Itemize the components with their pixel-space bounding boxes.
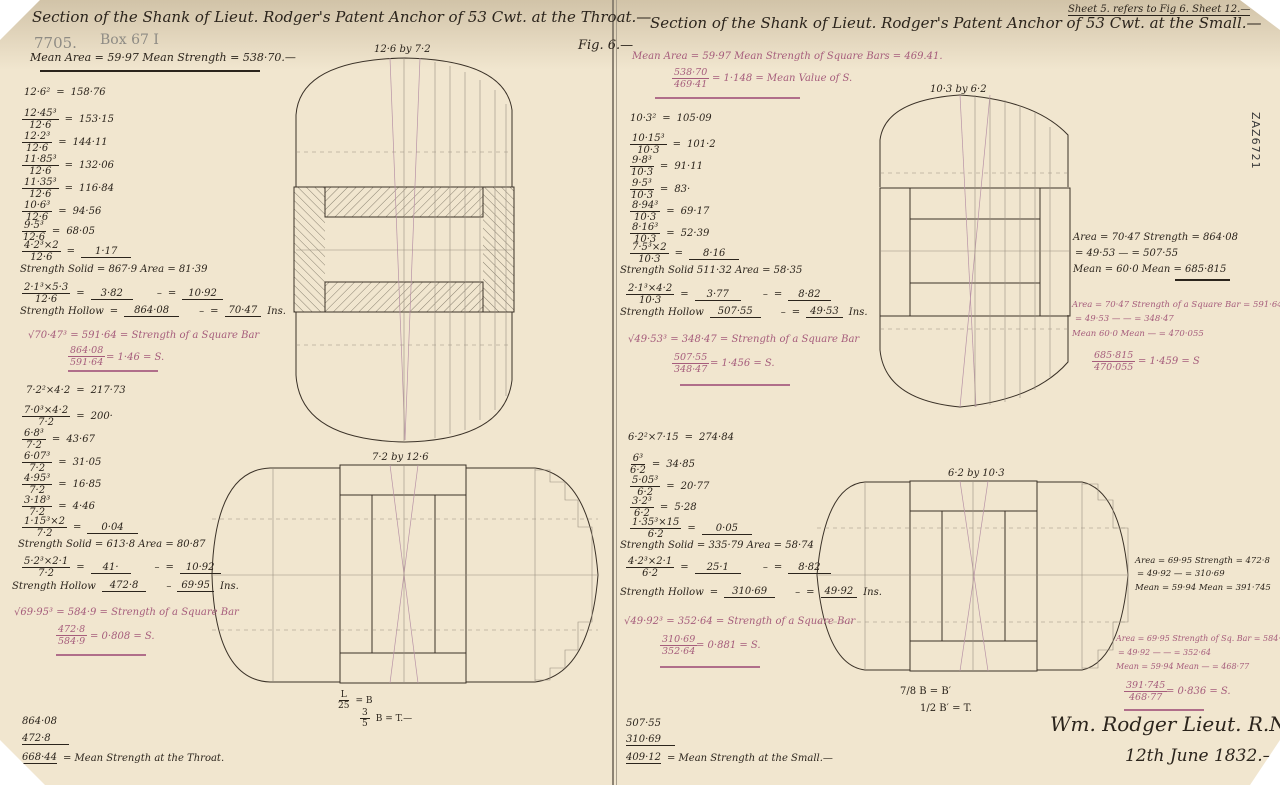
strength-hollow-value: 507·55	[710, 306, 761, 318]
sum-total: 668·44	[22, 752, 57, 764]
calc-value: 116·84	[79, 183, 114, 194]
calc-row: 6·8³7·2=43·67	[22, 428, 95, 451]
calc-value: 200·	[91, 411, 113, 422]
calc-row: 7·2²×4·2=217·73	[26, 385, 126, 396]
calc-area: 8·82	[788, 289, 830, 301]
calc-value: 31·05	[73, 457, 102, 468]
formula-frac-den: 5	[362, 719, 368, 729]
calc-term: 10·3²	[630, 113, 656, 124]
calc-numerator: 4·95³	[22, 473, 52, 485]
calc-value: 3·82	[91, 288, 133, 300]
calc-numerator: 11·35³	[22, 177, 59, 189]
right-side-upper-ratio: 685·815470·055	[1092, 350, 1135, 373]
left-sum-b: 472·8	[22, 733, 69, 745]
box-label: Box 67 I	[100, 32, 159, 48]
calc-numerator: 1·35³×15	[630, 517, 681, 529]
calc-value: 43·67	[66, 434, 95, 445]
ratio-denominator: 584·9	[58, 636, 85, 647]
calc-row: 12·2³12·6=144·11	[22, 131, 108, 154]
calc-term: 12·6²	[24, 87, 50, 98]
calc-row: 7·5³×210·3=8·16	[630, 242, 739, 265]
right-side-lower-ratio: 391·745468·77	[1124, 680, 1167, 703]
right-side-upper-pink3: Mean 60·0 Mean — = 470·055	[1072, 329, 1204, 339]
calc-numerator: 3·2³	[630, 496, 654, 508]
calc-value: 0·05	[702, 523, 752, 535]
right-ratio-upper-result: = 1·456 = S.	[710, 358, 775, 369]
calc-value: 5·28	[674, 502, 696, 513]
pink-rule	[660, 666, 760, 668]
calc-value: 68·05	[66, 226, 95, 237]
ratio-numerator: 538·70	[672, 67, 709, 79]
calc-row: 10·15³10·3=101·2	[630, 133, 716, 156]
ratio-denominator: 469·41	[674, 79, 707, 90]
ratio-numerator: 472·8	[56, 624, 87, 636]
left-hollow-lower: 5·2³×2·17·2= 41·–= 10·92	[22, 556, 221, 579]
pink-rule	[56, 654, 146, 656]
calc-denominator: 7·2	[37, 528, 53, 539]
calc-numerator: 7·5³×2	[630, 242, 669, 254]
calc-numerator: 4·2³×2	[22, 240, 61, 252]
right-side-lower-pink3: Mean = 59·94 Mean — = 468·77	[1116, 662, 1249, 671]
right-sum-a: 507·55	[626, 718, 661, 729]
calc-numerator: 5·2³×2·1	[22, 556, 70, 568]
ratio-numerator: 864·08	[68, 345, 105, 357]
calc-numerator: 6³	[631, 453, 645, 465]
calc-row: 7·0³×4·27·2=200·	[22, 405, 113, 428]
calc-row: 4·95³7·2=16·85	[22, 473, 101, 496]
ratio-denominator: 470·055	[1094, 362, 1133, 373]
calc-value: 52·39	[681, 228, 710, 239]
left-title: Section of the Shank of Lieut. Rodger's …	[32, 8, 651, 26]
strength-hollow-area: 49·53	[806, 306, 843, 318]
unit-label: Ins.	[220, 581, 239, 592]
calc-value: 105·09	[677, 113, 712, 124]
fig-throat-upper	[294, 58, 514, 442]
calc-value: 101·2	[687, 139, 716, 150]
calc-numerator: 12·45³	[22, 108, 59, 120]
calc-value: 217·73	[91, 385, 126, 396]
calc-row: 3·2³6·2=5·28	[630, 496, 697, 519]
calc-value: 34·85	[666, 459, 695, 470]
right-side-upper-line3: Mean = 60·0 Mean = 685·815	[1073, 264, 1226, 275]
ratio-numerator: 685·815	[1092, 350, 1135, 362]
calc-numerator: 9·5³	[22, 220, 46, 232]
right-side-lower-pink1: Area = 69·95 Strength of Sq. Bar = 584·9	[1116, 634, 1280, 643]
left-strength-solid-lower: Strength Solid = 613·8 Area = 80·87	[18, 539, 206, 550]
calc-denominator: 10·3	[631, 167, 653, 178]
right-formula-1: 7/8 B = B′	[900, 686, 951, 697]
calc-value: 69·17	[681, 206, 710, 217]
left-sum-total: 668·44 = Mean Strength at the Throat.	[22, 752, 224, 764]
right-ratio-lower: 310·69352·64	[660, 634, 697, 657]
left-ratio-lower-result: = 0·808 = S.	[90, 631, 155, 642]
right-side-lower-line2: = 49·92 — = 310·69	[1137, 569, 1225, 579]
calc-row: 9·5³10·3=83·	[630, 178, 690, 201]
calc-numerator: 2·1³×4·2	[626, 283, 674, 295]
right-ratio-lower-result: = 0·881 = S.	[696, 640, 761, 651]
fig-throat-upper-caption: 12·6 by 7·2	[374, 44, 431, 55]
archive-number: 7705.	[34, 34, 77, 52]
formula-denominator: 25	[338, 701, 349, 711]
calc-row: 5·05³6·2=20·77	[630, 475, 709, 498]
calc-row: 6³6·2=34·85	[630, 453, 695, 476]
left-formula-2: 35 B = T.—	[360, 708, 412, 729]
calc-denominator: 7·2	[38, 568, 54, 579]
calc-numerator: 1·15³×2	[22, 516, 67, 528]
calc-numerator: 11·85³	[22, 154, 59, 166]
calc-area: 10·92	[180, 562, 221, 574]
calc-denominator: 12·6	[29, 120, 51, 131]
right-side-lower-line1: Area = 69·95 Strength = 472·8	[1135, 556, 1270, 566]
right-formula-2: 1/2 B′ = T.	[920, 703, 972, 714]
calc-row: 1·15³×27·2=0·04	[22, 516, 138, 539]
calc-value: 4·46	[73, 501, 95, 512]
right-mean-line: Mean Area = 59·97 Mean Strength of Squar…	[632, 51, 943, 62]
right-square-bar-upper: √49·53³ = 348·47 = Strength of a Square …	[628, 334, 859, 345]
right-side-upper-pink1: Area = 70·47 Strength of a Square Bar = …	[1072, 300, 1280, 310]
calc-row: 1·35³×156·2=0·05	[630, 517, 752, 540]
calc-value: 0·04	[87, 522, 137, 534]
ratio-denominator: 468·77	[1129, 692, 1162, 703]
calc-numerator: 8·94³	[630, 200, 660, 212]
left-ratio-lower: 472·8584·9	[56, 624, 87, 647]
ratio-numerator: 310·69	[660, 634, 697, 646]
calc-value: 1·17	[81, 246, 131, 258]
calc-denominator: 6·2	[642, 568, 658, 579]
sum-label: = Mean Strength at the Small.—	[667, 753, 833, 764]
calc-row: 3·18³7·2=4·46	[22, 495, 95, 518]
ratio-denominator: 591·64	[70, 357, 103, 368]
unit-label: Ins.	[863, 587, 882, 598]
calc-denominator: 12·6	[35, 294, 57, 305]
calc-row: 12·6²=158·76	[24, 87, 106, 98]
calc-numerator: 3·18³	[22, 495, 52, 507]
calc-term: 7·2²×4·2	[26, 385, 70, 396]
left-mean-underline	[40, 70, 260, 72]
right-side-lower-pink2: = 49·92 — — = 352·64	[1118, 648, 1211, 657]
right-sum-b: 310·69	[626, 734, 675, 746]
calc-denominator: 10·3	[638, 254, 660, 265]
fig-throat-lower	[212, 465, 598, 683]
left-strength-hollow-upper: Strength Hollow= 864·08–= 70·47 Ins.	[20, 305, 286, 317]
right-strength-hollow-lower: Strength Hollow= 310·69–= 49·92 Ins.	[620, 586, 882, 598]
calc-value: 3·77	[695, 289, 741, 301]
ratio-denominator: 352·64	[662, 646, 695, 657]
calc-row: 9·8³10·3=91·11	[630, 155, 703, 178]
double-underline	[1175, 279, 1230, 281]
right-side-upper-ratio-result: = 1·459 = S	[1138, 356, 1200, 367]
calc-value: 144·11	[73, 137, 108, 148]
calc-denominator: 12·6	[26, 143, 48, 154]
unit-label: Ins.	[849, 307, 868, 318]
strength-hollow-label: Strength Hollow	[620, 587, 704, 598]
calc-row: 8·94³10·3=69·17	[630, 200, 709, 223]
calc-value: 20·77	[681, 481, 710, 492]
calc-numerator: 8·16³	[630, 222, 660, 234]
calc-numerator: 5·05³	[630, 475, 660, 487]
strength-hollow-area: 70·47	[225, 305, 262, 317]
signature-date: 12th June 1832.—	[1125, 746, 1280, 766]
calc-numerator: 9·8³	[630, 155, 654, 167]
calc-numerator: 10·6³	[22, 200, 52, 212]
calc-area: 8·82	[788, 562, 830, 574]
strength-hollow-label: Strength Hollow	[12, 581, 96, 592]
calc-row: 4·2³×212·6=1·17	[22, 240, 131, 263]
calc-numerator: 6·07³	[22, 451, 52, 463]
formula-eq2: B = T.—	[376, 714, 412, 724]
right-mean-ratio: 538·70469·41	[672, 67, 709, 90]
right-sum-total: 409·12 = Mean Strength at the Small.—	[626, 752, 833, 764]
right-side-upper-line1: Area = 70·47 Strength = 864·08	[1073, 232, 1238, 243]
calc-denominator: 7·2	[38, 417, 54, 428]
pink-rule	[680, 384, 790, 386]
strength-hollow-label: Strength Hollow	[20, 306, 104, 317]
fig-small-upper-caption: 10·3 by 6·2	[930, 84, 987, 95]
calc-value: 91·11	[674, 161, 703, 172]
ratio-numerator: 507·55	[672, 352, 709, 364]
formula-l: L	[339, 690, 349, 701]
calc-value: 158·76	[71, 87, 106, 98]
catalogue-id: ZAZ6721	[1249, 112, 1262, 170]
calc-row: 6·07³7·2=31·05	[22, 451, 101, 474]
left-square-bar-upper: √70·47³ = 591·64 = Strength of a Square …	[28, 330, 259, 341]
unit-label: Ins.	[267, 306, 286, 317]
calc-value: 8·16	[689, 248, 739, 260]
calc-value: 132·06	[79, 160, 114, 171]
calc-numerator: 6·8³	[22, 428, 46, 440]
calc-denominator: 12·6	[29, 189, 51, 200]
right-hollow-upper: 2·1³×4·210·3= 3·77–= 8·82	[626, 283, 831, 306]
calc-numerator: 10·15³	[630, 133, 667, 145]
left-hollow-upper: 2·1³×5·312·6= 3·82–= 10·92	[22, 282, 223, 305]
calc-numerator: 7·0³×4·2	[22, 405, 70, 417]
strength-hollow-area: 49·92	[821, 586, 858, 598]
right-side-lower-ratio-result: = 0·836 = S.	[1166, 686, 1231, 697]
calc-numerator: 2·1³×5·3	[22, 282, 70, 294]
calc-denominator: 12·6	[29, 166, 51, 177]
calc-denominator: 10·3	[639, 295, 661, 306]
calc-row: 6·2²×7·15=274·84	[628, 432, 734, 443]
right-side-upper-line2: = 49·53 — = 507·55	[1075, 248, 1178, 259]
calc-term: 6·2²×7·15	[628, 432, 679, 443]
signature: Wm. Rodger Lieut. R.N.	[1050, 712, 1280, 736]
right-side-lower-line3: Mean = 59·94 Mean = 391·745	[1135, 583, 1271, 593]
pink-rule	[68, 370, 158, 372]
calc-row: 11·85³12·6=132·06	[22, 154, 114, 177]
right-mean-ratio-result: = 1·148 = Mean Value of S.	[712, 73, 852, 84]
left-ratio-upper-result: = 1·46 = S.	[106, 352, 164, 363]
calc-numerator: 4·2³×2·1	[626, 556, 674, 568]
strength-hollow-value: 310·69	[724, 586, 775, 598]
calc-denominator: 7·2	[26, 440, 42, 451]
left-mean-line: Mean Area = 59·97 Mean Strength = 538·70…	[30, 51, 296, 64]
right-square-bar-lower: √49·92³ = 352·64 = Strength of a Square …	[624, 616, 855, 627]
calc-row: 12·45³12·6=153·15	[22, 108, 114, 131]
fig-small-lower-caption: 6·2 by 10·3	[948, 468, 1005, 479]
left-strength-hollow-lower: Strength Hollow 472·8– 69·95 Ins.	[12, 580, 239, 592]
calc-area: 10·92	[182, 288, 223, 300]
strength-hollow-value: 472·8	[102, 580, 147, 592]
calc-value: 94·56	[73, 206, 102, 217]
left-sum-a: 864·08	[22, 716, 57, 727]
right-strength-solid-lower: Strength Solid = 335·79 Area = 58·74	[620, 540, 814, 551]
calc-value: 274·84	[699, 432, 734, 443]
left-square-bar-lower: √69·95³ = 584·9 = Strength of a Square B…	[14, 607, 239, 618]
fig-throat-lower-caption: 7·2 by 12·6	[372, 452, 429, 463]
calc-denominator: 6·2	[648, 529, 664, 540]
ratio-denominator: 348·47	[674, 364, 707, 375]
calc-value: 83·	[674, 184, 690, 195]
calc-value: 41·	[91, 562, 131, 574]
right-side-upper-pink2: = 49·53 — — = 348·47	[1075, 314, 1174, 324]
right-strength-hollow-upper: Strength Hollow 507·55–= 49·53 Ins.	[620, 306, 868, 318]
calc-numerator: 12·2³	[22, 131, 52, 143]
right-ratio-upper: 507·55348·47	[672, 352, 709, 375]
fig-small-upper	[880, 95, 1070, 407]
calc-value: 25·1	[695, 562, 741, 574]
calc-value: 153·15	[79, 114, 114, 125]
pink-rule	[1124, 709, 1204, 711]
strength-hollow-label: Strength Hollow	[620, 307, 704, 318]
right-strength-solid-upper: Strength Solid 511·32 Area = 58·35	[620, 265, 802, 276]
sum-total: 409·12	[626, 752, 661, 764]
left-strength-solid-upper: Strength Solid = 867·9 Area = 81·39	[20, 264, 208, 275]
calc-value: 16·85	[73, 479, 102, 490]
calc-numerator: 9·5³	[630, 178, 654, 190]
strength-hollow-area: 69·95	[177, 580, 214, 592]
right-title: Section of the Shank of Lieut. Rodger's …	[650, 14, 1262, 32]
left-ratio-upper: 864·08591·64	[68, 345, 105, 368]
strength-hollow-value: 864·08	[124, 305, 179, 317]
drawing-sheet: Section of the Shank of Lieut. Rodger's …	[0, 0, 1280, 785]
calc-row: 11·35³12·6=116·84	[22, 177, 114, 200]
pink-rule	[655, 97, 800, 99]
fig-label: Fig. 6.—	[578, 38, 633, 53]
formula-frac-num: 3	[360, 708, 370, 719]
sum-label: = Mean Strength at the Throat.	[63, 753, 224, 764]
calc-row: 10·3²=105·09	[630, 113, 712, 124]
right-hollow-lower: 4·2³×2·16·2= 25·1–= 8·82	[626, 556, 831, 579]
fig-small-lower	[817, 481, 1128, 671]
calc-denominator: 12·6	[30, 252, 52, 263]
ratio-numerator: 391·745	[1124, 680, 1167, 692]
formula-eq1: = B	[355, 696, 372, 706]
